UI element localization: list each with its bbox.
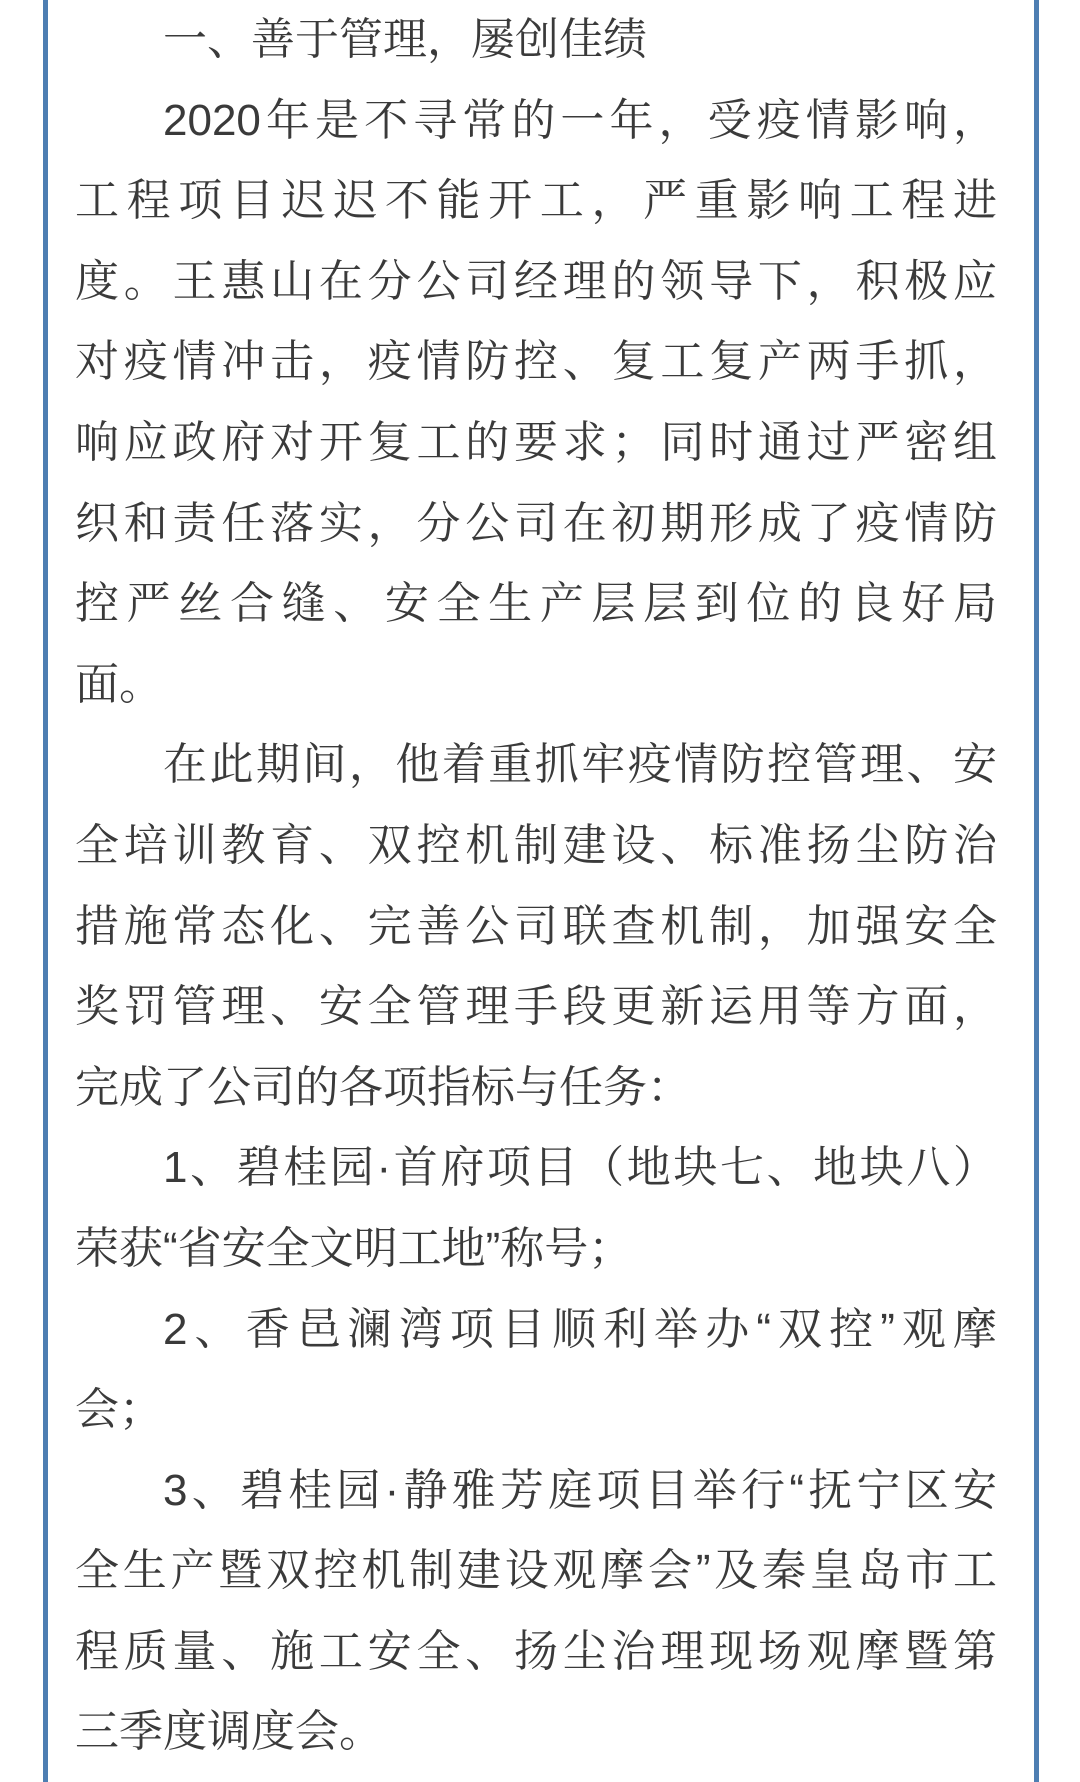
text-line: 在此期间，他着重抓牢疫情防控管理、安 xyxy=(75,725,997,806)
text-line: 2020年是不寻常的一年，受疫情影响， xyxy=(75,81,997,162)
text-line: 织和责任落实，分公司在初期形成了疫情防 xyxy=(75,484,997,565)
text-line: 响应政府对开复工的要求；同时通过严密组 xyxy=(75,403,997,484)
text-line: 全培训教育、双控机制建设、标准扬尘防治 xyxy=(75,806,997,887)
section-heading: 一、善于管理，屡创佳绩 xyxy=(75,0,997,81)
paragraph: 2020年是不寻常的一年，受疫情影响，工程项目迟迟不能开工，严重影响工程进度。王… xyxy=(75,81,997,726)
text-line: 三季度调度会。 xyxy=(75,1692,997,1773)
paragraph: 在此期间，他着重抓牢疫情防控管理、安全培训教育、双控机制建设、标准扬尘防治措施常… xyxy=(75,725,997,1128)
text-line: 完成了公司的各项指标与任务： xyxy=(75,1048,997,1129)
paragraph: 3、碧桂园·静雅芳庭项目举行“抚宁区安全生产暨双控机制建设观摩会”及秦皇岛市工程… xyxy=(75,1451,997,1773)
paragraph: 2、香邑澜湾项目顺利举办“双控”观摩会； xyxy=(75,1290,997,1451)
text-line: 1、碧桂园·首府项目（地块七、地块八） xyxy=(75,1128,997,1209)
article-page: 一、善于管理，屡创佳绩 2020年是不寻常的一年，受疫情影响，工程项目迟迟不能开… xyxy=(0,0,1080,1782)
text-line: 会； xyxy=(75,1370,997,1451)
article-body: 2020年是不寻常的一年，受疫情影响，工程项目迟迟不能开工，严重影响工程进度。王… xyxy=(75,81,997,1773)
text-line: 控严丝合缝、安全生产层层到位的良好局 xyxy=(75,564,997,645)
text-line: 措施常态化、完善公司联查机制，加强安全 xyxy=(75,887,997,968)
text-line: 2、香邑澜湾项目顺利举办“双控”观摩 xyxy=(75,1290,997,1371)
text-line: 工程项目迟迟不能开工，严重影响工程进 xyxy=(75,161,997,242)
text-line: 荣获“省安全文明工地”称号； xyxy=(75,1209,997,1290)
left-border-line xyxy=(43,0,48,1782)
text-line: 度。王惠山在分公司经理的领导下，积极应 xyxy=(75,242,997,323)
text-line: 程质量、施工安全、扬尘治理现场观摩暨第 xyxy=(75,1612,997,1693)
right-border-line xyxy=(1034,0,1039,1782)
paragraph: 1、碧桂园·首府项目（地块七、地块八）荣获“省安全文明工地”称号； xyxy=(75,1128,997,1289)
text-line: 面。 xyxy=(75,645,997,726)
text-line: 奖罚管理、安全管理手段更新运用等方面， xyxy=(75,967,997,1048)
text-line: 3、碧桂园·静雅芳庭项目举行“抚宁区安 xyxy=(75,1451,997,1532)
text-line: 对疫情冲击，疫情防控、复工复产两手抓， xyxy=(75,322,997,403)
text-line: 全生产暨双控机制建设观摩会”及秦皇岛市工 xyxy=(75,1531,997,1612)
article-content: 一、善于管理，屡创佳绩 2020年是不寻常的一年，受疫情影响，工程项目迟迟不能开… xyxy=(75,0,997,1773)
